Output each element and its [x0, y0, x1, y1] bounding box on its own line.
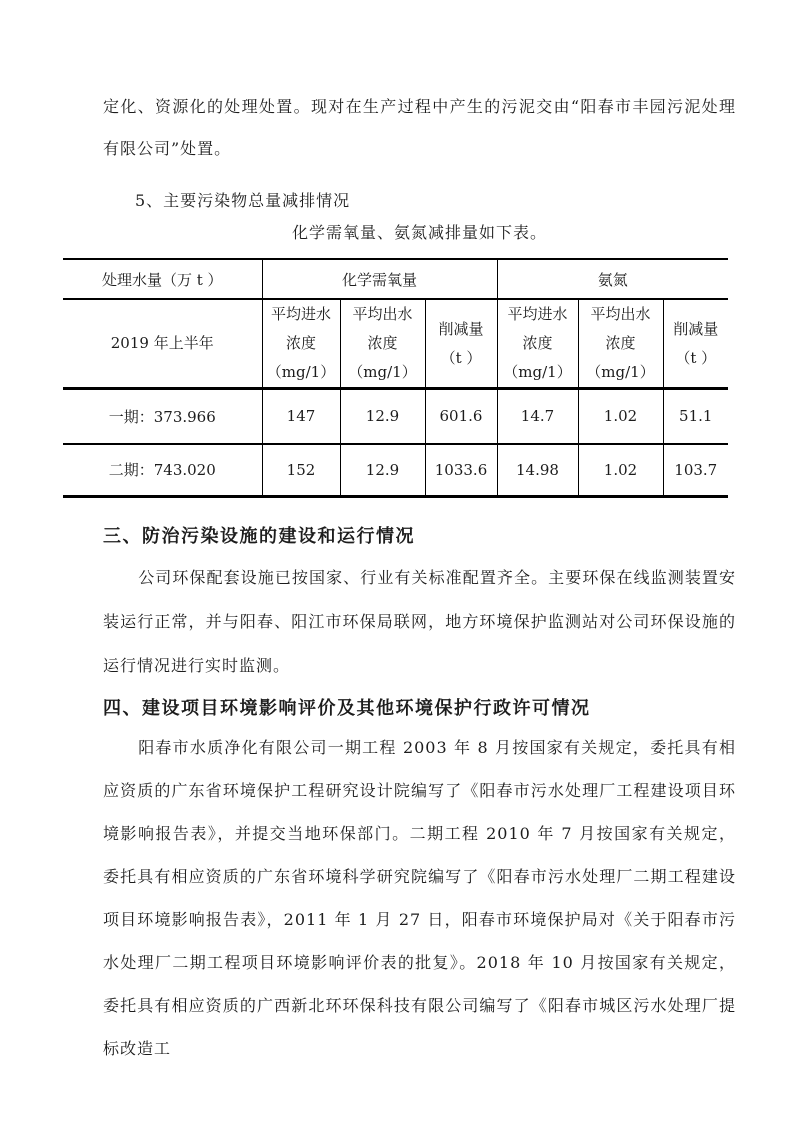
table-cell: 103.7: [663, 444, 728, 497]
header-cod-inflow: 平均进水 浓度 （mg/1）: [262, 299, 340, 389]
header-period: 2019 年上半年: [63, 299, 262, 389]
table-cell: 14.7: [497, 389, 578, 444]
table-cell: 二期：743.020: [63, 444, 262, 497]
table-cell: 12.9: [340, 444, 425, 497]
table-cell: 152: [262, 444, 340, 497]
table-caption: 化学需氧量、氨氮减排量如下表。: [103, 218, 736, 248]
table-cell: 147: [262, 389, 340, 444]
table-cell: 601.6: [425, 389, 497, 444]
table-cell: 1.02: [578, 444, 663, 497]
table-row: 二期：743.020 152 12.9 1033.6 14.98 1.02 10…: [63, 444, 728, 497]
table-cell: 1033.6: [425, 444, 497, 497]
section-3-paragraph: 公司环保配套设施已按国家、行业有关标准配置齐全。主要环保在线监测装置安装运行正常…: [103, 556, 736, 688]
header-nh3n-outflow: 平均出水 浓度 （mg/1）: [578, 299, 663, 389]
intro-paragraph: 定化、资源化的处理处置。现对在生产过程中产生的污泥交由“阳春市丰园污泥处理有限公…: [103, 86, 736, 170]
document-content: 定化、资源化的处理处置。现对在生产过程中产生的污泥交由“阳春市丰园污泥处理有限公…: [0, 0, 800, 1070]
section-3-heading: 三、防治污染设施的建设和运行情况: [103, 524, 736, 550]
table-cell: 51.1: [663, 389, 728, 444]
table-row: 一期：373.966 147 12.9 601.6 14.7 1.02 51.1: [63, 389, 728, 444]
header-cod-reduction: 削减量 （t ）: [425, 299, 497, 389]
table-cell: 12.9: [340, 389, 425, 444]
document-page: 定化、资源化的处理处置。现对在生产过程中产生的污泥交由“阳春市丰园污泥处理有限公…: [0, 0, 800, 1131]
section-4-paragraph: 阳春市水质净化有限公司一期工程 2003 年 8 月按国家有关规定，委托具有相应…: [103, 726, 736, 1070]
header-nh3n-group: 氨氮: [497, 259, 728, 299]
header-cod-outflow: 平均出水 浓度 （mg/1）: [340, 299, 425, 389]
table-cell: 14.98: [497, 444, 578, 497]
section-4-heading: 四、建设项目环境影响评价及其他环境保护行政许可情况: [103, 696, 736, 722]
table-cell: 1.02: [578, 389, 663, 444]
header-nh3n-reduction: 削减量 （t ）: [663, 299, 728, 389]
table-cell: 一期：373.966: [63, 389, 262, 444]
table-header-row-sub: 2019 年上半年 平均进水 浓度 （mg/1） 平均出水 浓度 （mg/1） …: [63, 299, 728, 389]
header-water-volume: 处理水量（万 t ）: [63, 259, 262, 299]
emissions-table: 处理水量（万 t ） 化学需氧量 氨氮 2019 年上半年 平均进水 浓度 （m…: [63, 258, 728, 498]
item-5-heading: 5、主要污染物总量减排情况: [103, 186, 736, 216]
header-nh3n-inflow: 平均进水 浓度 （mg/1）: [497, 299, 578, 389]
header-cod-group: 化学需氧量: [262, 259, 497, 299]
table-header-row-groups: 处理水量（万 t ） 化学需氧量 氨氮: [63, 259, 728, 299]
